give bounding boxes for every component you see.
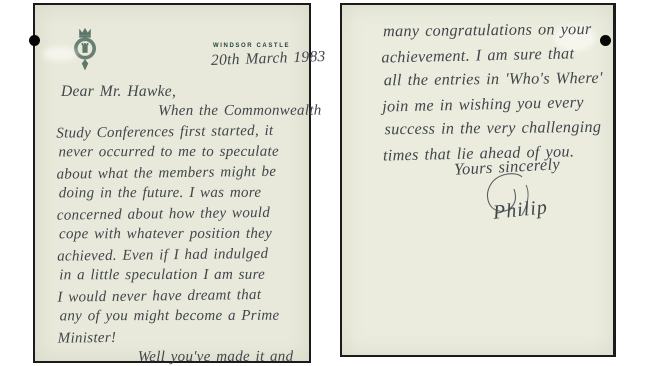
handwritten-line: concerned about how they would [57, 202, 311, 226]
punch-dot-right [600, 35, 611, 46]
letter-scan: WINDSOR CASTLE 20th March 1983 Dear Mr. … [0, 0, 650, 366]
salutation: Dear Mr. Hawke, [61, 83, 176, 101]
handwritten-line: many congratulations on your [383, 17, 615, 44]
handwritten-line: any of you might become a Prime [60, 306, 312, 327]
letter-page-2: many congratulations on yourachievement.… [340, 3, 616, 357]
handwritten-line: all the entries in 'Who's Where' [384, 66, 616, 93]
letterhead-title: WINDSOR CASTLE [213, 43, 290, 49]
handwritten-line: in a little speculation I am sure [59, 265, 311, 286]
handwritten-line: Study Conferences first started, it [56, 120, 310, 144]
letter-page-1: WINDSOR CASTLE 20th March 1983 Dear Mr. … [33, 3, 311, 363]
letter-date: 20th March 1983 [211, 48, 326, 70]
letter-body-page2: many congratulations on yourachievement.… [381, 16, 617, 167]
letter-body-page1: When the CommonwealthStudy Conferences f… [56, 100, 312, 366]
royal-garter-crest-icon [72, 25, 98, 72]
handwritten-line: doing in the future. I was more [59, 183, 311, 204]
handwritten-line: achieved. Even if I had indulged [57, 243, 311, 267]
paper-smudge [43, 47, 77, 61]
handwritten-line: Well you've made it and [60, 347, 312, 366]
handwritten-line: When the Commonwealth [58, 101, 310, 122]
handwritten-line: I would never have dreamt that [57, 284, 311, 308]
handwritten-line: about what the members might be [56, 161, 310, 185]
handwritten-line: Minister! [58, 325, 312, 349]
handwritten-line: cope with whatever position they [59, 224, 311, 245]
handwritten-line: never occurred to me to speculate [58, 142, 310, 163]
handwritten-line: success in the very challenging [384, 115, 616, 142]
punch-dot-left [29, 35, 40, 46]
